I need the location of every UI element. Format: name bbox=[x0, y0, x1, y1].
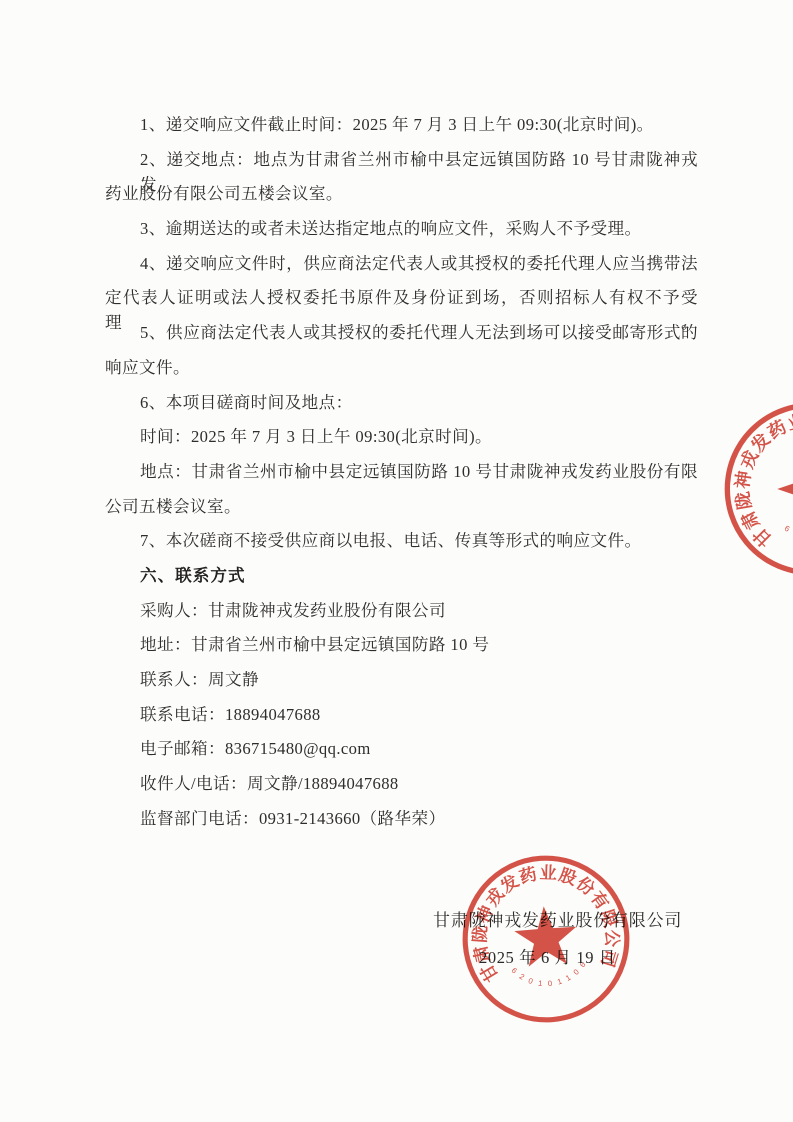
clause-7-no-telegram: 7、本次磋商不接受供应商以电报、电话、传真等形式的响应文件。 bbox=[105, 528, 698, 563]
contact-person: 联系人：周文静 bbox=[105, 667, 698, 702]
company-seal-stamp: 甘肃陇神戎发药业股份有限公司 6201011062116 bbox=[454, 847, 638, 1031]
contact-phone: 联系电话：18894047688 bbox=[105, 702, 698, 737]
partial-seal-stamp: 甘肃陇神戎发药业股份有限公司 6201011062116 bbox=[699, 377, 793, 601]
contact-purchaser: 采购人：甘肃陇神戎发药业股份有限公司 bbox=[105, 598, 698, 633]
clause-6-place: 地点：甘肃省兰州市榆中县定远镇国防路 10 号甘肃陇神戎发药业股份有限 bbox=[105, 459, 698, 494]
contact-recipient-phone: 收件人/电话：周文静/18894047688 bbox=[105, 771, 698, 806]
seal-arc-company-name: 甘肃陇神戎发药业股份有限公司 bbox=[711, 390, 793, 556]
clause-4-continued: 定代表人证明或法人授权委托书原件及身份证到场，否则招标人有权不予受理。 bbox=[105, 285, 698, 320]
clause-6-time-place-heading: 6、本项目磋商时间及地点： bbox=[105, 390, 698, 425]
contact-email: 电子邮箱：836715480@qq.com bbox=[105, 736, 698, 771]
section-6-contact-heading: 六、联系方式 bbox=[105, 563, 698, 598]
seal-star-icon bbox=[513, 904, 579, 967]
clause-2-delivery-place: 2、递交地点：地点为甘肃省兰州市榆中县定远镇国防路 10 号甘肃陇神戎发 bbox=[105, 147, 698, 182]
clause-1-deadline: 1、递交响应文件截止时间：2025 年 7 月 3 日上午 09:30(北京时间… bbox=[105, 112, 698, 147]
clause-6-place-continued: 公司五楼会议室。 bbox=[105, 494, 698, 529]
clause-2-continued: 药业股份有限公司五楼会议室。 bbox=[105, 181, 698, 216]
contact-supervision-phone: 监督部门电话：0931-2143660（路华荣） bbox=[105, 806, 698, 841]
clause-5-mail-accepted: 5、供应商法定代表人或其授权的委托代理人无法到场可以接受邮寄形式的 bbox=[105, 320, 698, 355]
clause-4-representative: 4、递交响应文件时，供应商法定代表人或其授权的委托代理人应当携带法 bbox=[105, 251, 698, 286]
clause-6-time: 时间：2025 年 7 月 3 日上午 09:30(北京时间)。 bbox=[105, 424, 698, 459]
scanned-document-page: 1、递交响应文件截止时间：2025 年 7 月 3 日上午 09:30(北京时间… bbox=[0, 0, 793, 1122]
clause-3-late-delivery: 3、逾期送达的或者未送达指定地点的响应文件，采购人不予受理。 bbox=[105, 216, 698, 251]
clause-5-continued: 响应文件。 bbox=[105, 355, 698, 390]
document-body: 1、递交响应文件截止时间：2025 年 7 月 3 日上午 09:30(北京时间… bbox=[105, 112, 698, 840]
contact-address: 地址：甘肃省兰州市榆中县定远镇国防路 10 号 bbox=[105, 632, 698, 667]
seal-star-icon bbox=[770, 447, 793, 525]
